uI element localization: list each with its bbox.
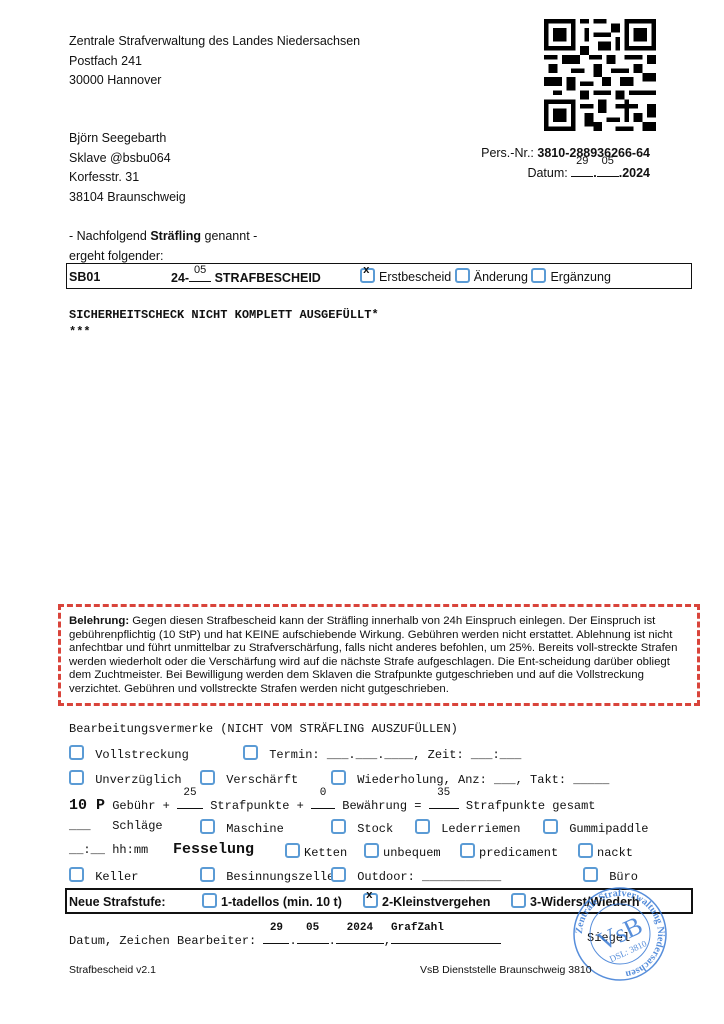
- recipient-line: 38104 Braunschweig: [69, 188, 186, 208]
- option-label: Besinnungszelle: [226, 870, 334, 884]
- pers-nr-value: 3810-288936266-64: [537, 146, 650, 160]
- option-label: Vollstreckung: [95, 748, 189, 762]
- option-label: Keller: [95, 870, 138, 884]
- checkbox[interactable]: [69, 770, 84, 785]
- option-stock[interactable]: Stock: [331, 819, 393, 836]
- strafpunkte-value: 25: [177, 787, 203, 799]
- body-line: ***: [69, 324, 379, 341]
- document-title: STRAFBESCHEID: [215, 271, 321, 285]
- gesamt-label: Strafpunkte gesamt: [466, 799, 596, 813]
- option-unverzueglich[interactable]: Unverzüglich: [69, 770, 182, 787]
- document-code: SB01: [69, 270, 100, 284]
- option-aenderung[interactable]: Änderung: [455, 270, 528, 284]
- strafpunkte-field[interactable]: 25: [177, 796, 203, 809]
- option-label: Wiederholung, Anz:: [357, 773, 487, 787]
- checkbox[interactable]: [331, 819, 346, 834]
- option-label: nackt: [597, 846, 633, 860]
- document-number-prefix: 24-: [171, 271, 189, 285]
- option-label: Stock: [357, 822, 393, 836]
- option-label: Gummipaddle: [569, 822, 648, 836]
- notice-text: Belehrung: Gegen diesen Strafbescheid ka…: [69, 615, 691, 697]
- sign-initials-field[interactable]: GrafZahl: [391, 931, 501, 944]
- footer-version: Strafbescheid v2.1: [69, 964, 156, 976]
- option-outdoor[interactable]: Outdoor: ___________: [331, 867, 501, 884]
- option-label: Erstbescheid: [379, 270, 451, 284]
- gesamt-value: 35: [429, 787, 459, 799]
- option-gummipaddle[interactable]: Gummipaddle: [543, 819, 648, 836]
- checkbox[interactable]: [243, 745, 258, 760]
- checkbox[interactable]: [455, 268, 470, 283]
- checkbox[interactable]: [200, 819, 215, 834]
- notice-label: Belehrung:: [69, 615, 129, 627]
- date-label: Datum:: [527, 166, 567, 180]
- option-label: 1-tadellos (min. 10 t): [221, 895, 342, 909]
- date-day-field[interactable]: 29: [571, 164, 593, 177]
- checkbox[interactable]: [583, 867, 598, 882]
- pers-nr-label: Pers.-Nr.:: [481, 146, 534, 160]
- schlaege-label: Schläge: [112, 819, 162, 833]
- date-day-value: 29: [571, 155, 593, 167]
- option-maschine[interactable]: Maschine: [200, 819, 284, 836]
- option-nackt[interactable]: nackt: [578, 843, 633, 860]
- date-year: .2024: [619, 166, 650, 180]
- gesamt-field[interactable]: 35: [429, 796, 459, 809]
- option-unbequem[interactable]: unbequem: [364, 843, 441, 860]
- option-label: Maschine: [226, 822, 284, 836]
- fesselung-duration-field[interactable]: __:__ hh:mm: [69, 843, 148, 857]
- checkbox[interactable]: [202, 893, 217, 908]
- takt-label: , Takt:: [516, 773, 566, 787]
- date-field: Datum: 29.05.2024: [527, 164, 650, 180]
- checkbox[interactable]: [578, 843, 593, 858]
- notice-box: Belehrung: Gegen diesen Strafbescheid ka…: [58, 604, 700, 706]
- sender-line: Postfach 241: [69, 52, 360, 72]
- option-label: Büro: [609, 870, 638, 884]
- document-number: 24-05 STRAFBESCHEID: [171, 270, 321, 285]
- bewaehrung-label: Bewährung =: [342, 799, 421, 813]
- document-number-field[interactable]: 05: [189, 270, 211, 282]
- recipient-address: Björn Seegebarth Sklave @bsbu064 Korfess…: [69, 129, 186, 207]
- intro-bold: Sträfling: [150, 229, 201, 243]
- option-label: Outdoor:: [357, 870, 415, 884]
- option-label: Lederriemen: [441, 822, 520, 836]
- checkbox[interactable]: [511, 893, 526, 908]
- recipient-line: Sklave @bsbu064: [69, 149, 186, 169]
- sign-initials-value: GrafZahl: [391, 922, 501, 934]
- sign-month-value: 05: [297, 922, 329, 934]
- strafpunkte-label: Strafpunkte +: [210, 799, 304, 813]
- sender-line: 30000 Hannover: [69, 71, 360, 91]
- processing-title: Bearbeitungsvermerke (NICHT VOM STRÄFLIN…: [69, 722, 458, 736]
- document-type-options: xErstbescheid Änderung Ergänzung: [360, 268, 611, 284]
- penalty-level-label: Neue Strafstufe:: [69, 895, 166, 909]
- signature-row: Datum, Zeichen Bearbeiter: 29.05.2024,Gr…: [69, 931, 501, 948]
- qr-code-icon: [544, 19, 656, 131]
- recipient-line: Björn Seegebarth: [69, 129, 186, 149]
- sender-line: Zentrale Strafverwaltung des Landes Nied…: [69, 32, 360, 52]
- sender-address: Zentrale Strafverwaltung des Landes Nied…: [69, 32, 360, 91]
- intro-pre: - Nachfolgend: [69, 229, 150, 243]
- checkbox-checked[interactable]: x: [363, 893, 378, 908]
- level-option-1[interactable]: 1-tadellos (min. 10 t): [202, 893, 342, 909]
- option-label: 2-Kleinstvergehen: [382, 895, 490, 909]
- option-erstbescheid[interactable]: xErstbescheid: [360, 270, 451, 284]
- checkbox[interactable]: [331, 770, 346, 785]
- footer-office: VsB Dienststelle Braunschweig 3810: [420, 964, 592, 976]
- option-buero[interactable]: Büro: [583, 867, 638, 884]
- sign-day-value: 29: [263, 922, 289, 934]
- checkbox-checked[interactable]: x: [360, 268, 375, 283]
- option-label: Ketten: [304, 846, 347, 860]
- schlaege-field[interactable]: ___ Schläge: [69, 819, 163, 833]
- option-label: Ergänzung: [550, 270, 610, 284]
- body-text: SICHERHEITSCHECK NICHT KOMPLETT AUSGEFÜL…: [69, 307, 379, 341]
- option-label: unbequem: [383, 846, 441, 860]
- option-lederriemen[interactable]: Lederriemen: [415, 819, 520, 836]
- checkbox[interactable]: [460, 843, 475, 858]
- bewaehrung-value: 0: [311, 787, 335, 799]
- intro-post: genannt -: [201, 229, 257, 243]
- option-label: Verschärft: [226, 773, 298, 787]
- option-ketten[interactable]: Ketten: [285, 843, 347, 860]
- recipient-line: Korfesstr. 31: [69, 168, 186, 188]
- sign-day-field[interactable]: 29: [263, 931, 289, 944]
- bewaehrung-field[interactable]: 0: [311, 796, 335, 809]
- option-label: predicament: [479, 846, 558, 860]
- option-ergaenzung[interactable]: Ergänzung: [531, 270, 610, 284]
- document-number-value: 05: [189, 264, 211, 276]
- pers-nr: Pers.-Nr.: 3810-288936266-64: [481, 146, 650, 160]
- date-month-field[interactable]: 05: [597, 164, 619, 177]
- checkbox[interactable]: [69, 745, 84, 760]
- date-month-value: 05: [597, 155, 619, 167]
- option-keller[interactable]: Keller: [69, 867, 138, 884]
- signature-label: Datum, Zeichen Bearbeiter:: [69, 934, 256, 948]
- checkbox[interactable]: [200, 770, 215, 785]
- sign-month-field[interactable]: 05: [297, 931, 329, 944]
- fesselung-label: Fesselung: [173, 841, 254, 858]
- document-header-box: SB01 24-05 STRAFBESCHEID xErstbescheid Ä…: [66, 263, 692, 289]
- checkbox[interactable]: [331, 867, 346, 882]
- checkbox[interactable]: [415, 819, 430, 834]
- checkbox[interactable]: [69, 867, 84, 882]
- sign-year-value: 2024: [336, 922, 384, 934]
- option-termin[interactable]: Termin: ___.___.____, Zeit: ___:___: [243, 745, 521, 762]
- fee-value: 10 P: [69, 797, 105, 814]
- option-verschaerft[interactable]: Verschärft: [200, 770, 298, 787]
- checkbox[interactable]: [285, 843, 300, 858]
- checkbox[interactable]: [531, 268, 546, 283]
- checkbox[interactable]: [543, 819, 558, 834]
- gebuehr-label: Gebühr +: [112, 799, 170, 813]
- time-format-label: hh:mm: [112, 843, 148, 857]
- option-wiederholung[interactable]: Wiederholung, Anz: ___, Takt: _____: [331, 770, 609, 787]
- option-label: Unverzüglich: [95, 773, 181, 787]
- zeit-label: , Zeit:: [413, 748, 463, 762]
- points-row: 10 P Gebühr + 25 Strafpunkte + 0 Bewähru…: [69, 796, 596, 814]
- option-label: Änderung: [474, 270, 528, 284]
- option-label: Termin:: [269, 748, 319, 762]
- option-besinnungszelle[interactable]: Besinnungszelle: [200, 867, 334, 884]
- notice-body: Gegen diesen Strafbescheid kann der Strä…: [69, 615, 677, 695]
- checkbox[interactable]: [200, 867, 215, 882]
- body-line: SICHERHEITSCHECK NICHT KOMPLETT AUSGEFÜL…: [69, 307, 379, 324]
- level-option-2[interactable]: x2-Kleinstvergehen: [363, 893, 490, 909]
- sign-year-field[interactable]: 2024: [336, 931, 384, 944]
- option-vollstreckung[interactable]: Vollstreckung: [69, 745, 189, 762]
- checkbox[interactable]: [364, 843, 379, 858]
- option-predicament[interactable]: predicament: [460, 843, 558, 860]
- intro-text: - Nachfolgend Sträfling genannt - ergeht…: [69, 227, 257, 266]
